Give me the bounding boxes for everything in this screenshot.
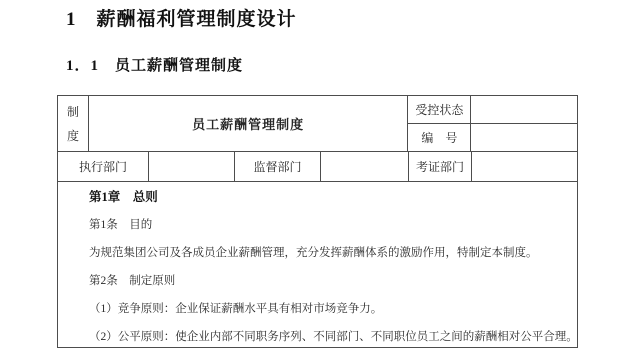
controlled-status-label: 受控状态: [408, 96, 471, 123]
supervise-dept-value: [321, 152, 409, 181]
verify-dept-label: 考证部门: [409, 152, 472, 181]
controlled-status-value: [471, 96, 577, 123]
status-number-column: 受控状态 编 号: [408, 96, 577, 151]
table-row-departments: 执行部门 监督部门 考证部门: [58, 152, 577, 182]
institution-label-char-bottom: 度: [67, 127, 79, 144]
institution-label-char-top: 制: [67, 103, 79, 120]
number-label: 编 号: [408, 124, 471, 151]
principle2-text: （2）公平原则：使企业内部不同职务序列、不同部门、不同职位员工之间的薪酬相对公平…: [89, 331, 571, 344]
document-body: 第1章 总则 第1条 目的 为规范集团公司及各成员企业薪酬管理，充分发挥薪酬体系…: [58, 182, 577, 347]
article1-heading: 第1条 目的: [89, 219, 571, 232]
number-row: 编 号: [408, 124, 577, 151]
exec-dept-label: 执行部门: [58, 152, 149, 181]
principle1-text: （1）竞争原则：企业保证薪酬水平具有相对市场竞争力。: [89, 303, 571, 316]
number-value: [471, 124, 577, 151]
section-title: 1．1 员工薪酬管理制度: [66, 54, 243, 75]
controlled-status-row: 受控状态: [408, 96, 577, 124]
verify-dept-value: [472, 152, 577, 181]
document-title-cell: 员工薪酬管理制度: [89, 96, 408, 151]
table-row-title: 制 度 员工薪酬管理制度 受控状态 编 号: [58, 96, 577, 152]
exec-dept-value: [149, 152, 235, 181]
page-title: 1 薪酬福利管理制度设计: [66, 4, 297, 31]
article1-text: 为规范集团公司及各成员企业薪酬管理，充分发挥薪酬体系的激励作用，特制定本制度。: [89, 247, 571, 260]
chapter1-heading: 第1章 总则: [89, 191, 571, 204]
article2-heading: 第2条 制定原则: [89, 275, 571, 288]
institution-label-cell: 制 度: [58, 96, 89, 151]
document-header-table: 制 度 员工薪酬管理制度 受控状态 编 号 执行部门 监督部门 考证部门 第1章…: [57, 95, 578, 348]
supervise-dept-label: 监督部门: [235, 152, 321, 181]
